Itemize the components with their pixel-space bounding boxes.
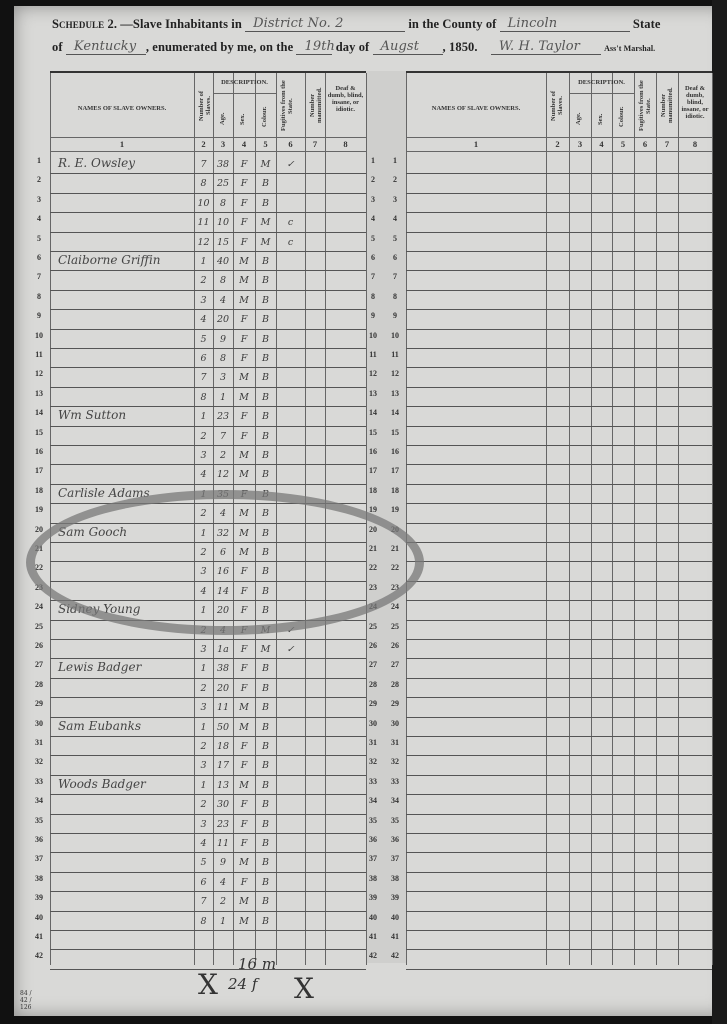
colour-value: B [255,877,276,888]
line-number: 1 [364,156,382,165]
table-row [406,949,712,969]
line-number: 4 [386,214,404,223]
table-row [406,387,712,407]
line-number: 32 [386,757,404,766]
slave-number: 8 [194,392,213,403]
age-value: 18 [213,741,233,752]
marshal-label: Ass't Marshal. [604,44,655,53]
sex-value: F [233,237,255,248]
table-row [50,949,366,969]
slave-number: 11 [194,217,213,228]
line-number: 37 [30,854,48,863]
age-value: 50 [213,722,233,733]
colour-value: B [255,411,276,422]
header-number-of-slaves: Number of Slaves. [550,81,562,131]
colour-value: B [255,450,276,461]
line-number: 5 [364,234,382,243]
sex-value: M [233,780,255,791]
line-number: 27 [364,660,382,669]
line-number: 5 [30,234,48,243]
colour-value: B [255,819,276,830]
line-number: 42 [364,951,382,960]
column-number: 5 [255,139,276,149]
slave-number: 5 [194,857,213,868]
line-number: 10 [386,331,404,340]
colour-value: M [255,237,276,248]
age-value: 25 [213,178,233,189]
age-value: 9 [213,334,233,345]
slave-number: 7 [194,159,213,170]
line-number: 36 [30,835,48,844]
line-number: 15 [364,428,382,437]
sex-value: M [233,857,255,868]
line-number: 8 [30,292,48,301]
column-number: 6 [276,139,305,149]
colour-value: M [255,159,276,170]
slave-number: 3 [194,644,213,655]
line-number: 28 [386,680,404,689]
age-value: 2 [213,896,233,907]
slave-number: 3 [194,295,213,306]
line-number: 7 [386,272,404,281]
sex-value: F [233,663,255,674]
colour-value: B [255,256,276,267]
colour-value: M [255,644,276,655]
age-value: 23 [213,819,233,830]
slave-number: 3 [194,760,213,771]
colour-value: B [255,780,276,791]
table-row [406,426,712,446]
column-number: 5 [612,139,634,149]
sex-value: F [233,644,255,655]
age-value: 38 [213,159,233,170]
line-number: 14 [364,408,382,417]
sex-value: F [233,819,255,830]
sex-value: M [233,256,255,267]
line-number: 3 [386,195,404,204]
table-row [406,697,712,717]
line-number: 33 [364,777,382,786]
table-row [406,173,712,193]
rule-line [569,93,634,94]
age-value: 4 [213,877,233,888]
line-number: 33 [30,777,48,786]
colour-value: B [255,799,276,810]
line-number: 11 [30,350,48,359]
line-number: 16 [386,447,404,456]
age-value: 3 [213,372,233,383]
sex-value: F [233,877,255,888]
sex-value: F [233,799,255,810]
sex-value: M [233,469,255,480]
column-number: 2 [546,139,569,149]
line-number: 14 [386,408,404,417]
line-number: 3 [364,195,382,204]
margin-note: 84 / 42 / 126 [20,990,34,1011]
fugitive-mark: c [276,217,305,228]
table-row [406,852,712,872]
line-number: 26 [386,641,404,650]
colour-value: B [255,857,276,868]
table-row [406,814,712,834]
header-manumitted: Number manumitted. [309,77,321,133]
line-number: 3 [30,195,48,204]
colour-value: B [255,916,276,927]
slave-number: 1 [194,722,213,733]
table-row [406,891,712,911]
line-number: 7 [30,272,48,281]
line-number: 38 [30,874,48,883]
line-number: 1 [386,156,404,165]
line-number: 31 [30,738,48,747]
header-fugitives: Fugitives from the State. [280,79,298,133]
rule-line [213,93,276,94]
table-row [406,464,712,484]
table-row [406,484,712,504]
age-value: 7 [213,431,233,442]
line-number: 35 [386,816,404,825]
state-field: Kentucky [66,40,146,55]
colour-value: B [255,896,276,907]
sex-value: M [233,275,255,286]
sex-value: F [233,314,255,325]
line-number: 6 [364,253,382,262]
line-number: 29 [386,699,404,708]
age-value: 40 [213,256,233,267]
column-divider [712,73,713,965]
slave-number: 1 [194,663,213,674]
schedule-label: Schedule 2. [52,17,117,31]
column-number: 7 [656,139,678,149]
line-number: 41 [364,932,382,941]
colour-value: B [255,334,276,345]
enumerated-label: , enumerated by me, on the [146,40,293,54]
rule-line [50,137,366,138]
slave-number: 3 [194,819,213,830]
header-description: DESCRIPTION. [569,79,634,89]
line-number: 8 [386,292,404,301]
age-value: 8 [213,353,233,364]
table-row [406,775,712,795]
line-number: 19 [386,505,404,514]
sex-value: M [233,372,255,383]
line-number: 30 [386,719,404,728]
slave-number: 10 [194,198,213,209]
age-value: 20 [213,683,233,694]
age-value: 8 [213,275,233,286]
slave-number: 12 [194,237,213,248]
header-names: NAMES OF SLAVE OWNERS. [50,105,194,117]
slave-number: 6 [194,877,213,888]
colour-value: B [255,178,276,189]
owner-name: Woods Badger [58,777,146,791]
column-number: 1 [50,139,194,149]
line-number: 36 [364,835,382,844]
header-age: Age. [219,109,229,129]
line-number: 2 [30,175,48,184]
age-value: 30 [213,799,233,810]
line-number: 29 [30,699,48,708]
column-number: 3 [213,139,233,149]
sex-value: M [233,450,255,461]
line-number: 39 [364,893,382,902]
column-number: 3 [569,139,591,149]
table-row [406,794,712,814]
table-row [406,755,712,775]
line-number: 2 [386,175,404,184]
month-field: Augst [373,40,443,55]
line-number: 12 [30,369,48,378]
line-number: 19 [30,505,48,514]
line-number: 36 [386,835,404,844]
line-number: 26 [30,641,48,650]
line-number: 15 [30,428,48,437]
line-number: 24 [30,602,48,611]
line-number: 41 [30,932,48,941]
line-number: 15 [386,428,404,437]
line-number: 17 [364,466,382,475]
slave-number: 1 [194,411,213,422]
marshal-field: W. H. Taylor [491,40,601,55]
age-value: 10 [213,217,233,228]
line-number: 33 [386,777,404,786]
table-row [406,523,712,543]
line-number: 32 [364,757,382,766]
colour-value: B [255,353,276,364]
age-value: 38 [213,663,233,674]
header-line-2: of Kentucky, enumerated by me, on the 19… [52,40,655,55]
line-number: 14 [30,408,48,417]
county-label: in the County of [408,17,496,31]
table-row [406,600,712,620]
line-number: 34 [30,796,48,805]
line-number: 31 [364,738,382,747]
header-sex: Sex. [239,109,249,129]
age-value: 9 [213,857,233,868]
owner-name: Sam Eubanks [58,719,141,733]
line-number: 28 [30,680,48,689]
table-row [406,212,712,232]
table-row [406,911,712,931]
line-number: 40 [364,913,382,922]
age-value: 15 [213,237,233,248]
header-fugitives: Fugitives from the State. [638,79,656,133]
colour-value: B [255,663,276,674]
table-row [406,348,712,368]
rule-line [406,151,712,152]
colour-value: B [255,198,276,209]
line-number: 25 [386,622,404,631]
age-value: 17 [213,760,233,771]
age-value: 2 [213,450,233,461]
header-sex: Sex. [597,109,607,129]
line-number: 35 [30,816,48,825]
line-number: 34 [364,796,382,805]
slave-number: 2 [194,799,213,810]
header-names: NAMES OF SLAVE OWNERS. [406,105,546,117]
rule-line [50,151,366,152]
age-value: 12 [213,469,233,480]
colour-value: B [255,702,276,713]
header-colour: Colour. [261,103,271,131]
owner-name: Wm Sutton [58,408,126,422]
line-number: 18 [30,486,48,495]
header-number-of-slaves: Number of Slaves. [198,81,210,131]
age-value: 4 [213,295,233,306]
line-number: 6 [386,253,404,262]
line-number: 9 [386,311,404,320]
owner-name: Lewis Badger [58,660,141,674]
line-number: 35 [364,816,382,825]
line-number: 11 [364,350,382,359]
line-number: 13 [30,389,48,398]
line-number: 1 [30,156,48,165]
line-number: 30 [364,719,382,728]
sex-value: F [233,411,255,422]
age-value: 1a [213,644,233,655]
sex-value: M [233,722,255,733]
header-deaf-dumb: Deaf & dumb, blind, insane, or idiotic. [680,85,710,125]
fugitive-mark: c [276,237,305,248]
line-number: 17 [30,466,48,475]
sex-value: F [233,178,255,189]
line-number: 37 [364,854,382,863]
rule-line [406,137,712,138]
colour-value: B [255,392,276,403]
table-row [406,154,712,174]
sex-value: M [233,392,255,403]
sex-value: F [233,760,255,771]
line-number: 26 [364,641,382,650]
table-row [406,406,712,426]
slave-number: 1 [194,780,213,791]
line-number: 4 [364,214,382,223]
column-number: 4 [591,139,612,149]
county-field: Lincoln [500,17,630,32]
fugitive-mark: ✓ [276,159,305,170]
table-row [406,833,712,853]
column-number: 6 [634,139,656,149]
line-number: 17 [386,466,404,475]
colour-value: M [255,217,276,228]
age-value: 1 [213,916,233,927]
header-colour: Colour. [618,103,628,131]
line-number: 5 [386,234,404,243]
title-prefix: —Slave Inhabitants in [120,17,242,31]
line-number: 32 [30,757,48,766]
tally-top: 16 m [238,955,276,973]
line-number: 37 [386,854,404,863]
table-row [406,367,712,387]
table-row [406,503,712,523]
age-value: 13 [213,780,233,791]
line-number: 12 [364,369,382,378]
table-row [406,290,712,310]
header-line-1: Schedule 2. —Slave Inhabitants in Distri… [52,17,660,32]
line-number: 4 [30,214,48,223]
line-number: 27 [30,660,48,669]
table-row [406,445,712,465]
age-value: 11 [213,702,233,713]
table-row [406,872,712,892]
line-number: 2 [364,175,382,184]
column-number: 8 [678,139,712,149]
line-number: 12 [386,369,404,378]
table-row [406,736,712,756]
colour-value: B [255,372,276,383]
owner-name: Claiborne Griffin [58,253,161,267]
table-row [406,329,712,349]
line-number: 13 [386,389,404,398]
table-row [406,251,712,271]
slave-number: 3 [194,702,213,713]
year-label: , 1850. [443,40,478,54]
slave-number: 7 [194,372,213,383]
column-number: 7 [305,139,325,149]
column-number: 2 [194,139,213,149]
sex-value: F [233,353,255,364]
day-of-label: day of [336,40,370,54]
table-row [406,232,712,252]
table-row [406,309,712,329]
line-number: 16 [30,447,48,456]
sex-value: F [233,838,255,849]
table-row [406,542,712,562]
sex-value: M [233,916,255,927]
line-number: 39 [386,893,404,902]
line-number: 10 [364,331,382,340]
column-number: 1 [406,139,546,149]
slave-number: 5 [194,334,213,345]
age-value: 11 [213,838,233,849]
header-manumitted: Number manumitted. [660,77,672,133]
tally-bottom: 24 f [228,975,257,993]
line-number: 38 [364,874,382,883]
colour-value: B [255,760,276,771]
table-row [406,678,712,698]
line-number: 9 [30,311,48,320]
of-label: of [52,40,63,54]
cross-mark-left: X [198,968,218,1001]
slave-number: 7 [194,896,213,907]
sex-value: F [233,334,255,345]
day-field: 19th [296,40,332,55]
table-row [406,193,712,213]
sex-value: F [233,159,255,170]
colour-value: B [255,314,276,325]
sex-value: F [233,431,255,442]
line-number: 41 [386,932,404,941]
header-description: DESCRIPTION. [213,79,276,89]
sex-value: M [233,295,255,306]
table-row [406,581,712,601]
line-number: 7 [364,272,382,281]
line-number: 31 [386,738,404,747]
line-number: 38 [386,874,404,883]
line-number: 30 [30,719,48,728]
line-number: 42 [386,951,404,960]
table-row [406,270,712,290]
colour-value: B [255,838,276,849]
line-number: 18 [386,486,404,495]
colour-value: B [255,469,276,480]
line-number: 13 [364,389,382,398]
line-number: 39 [30,893,48,902]
line-number: 18 [364,486,382,495]
highlight-oval [26,490,424,635]
age-value: 23 [213,411,233,422]
line-number: 9 [364,311,382,320]
